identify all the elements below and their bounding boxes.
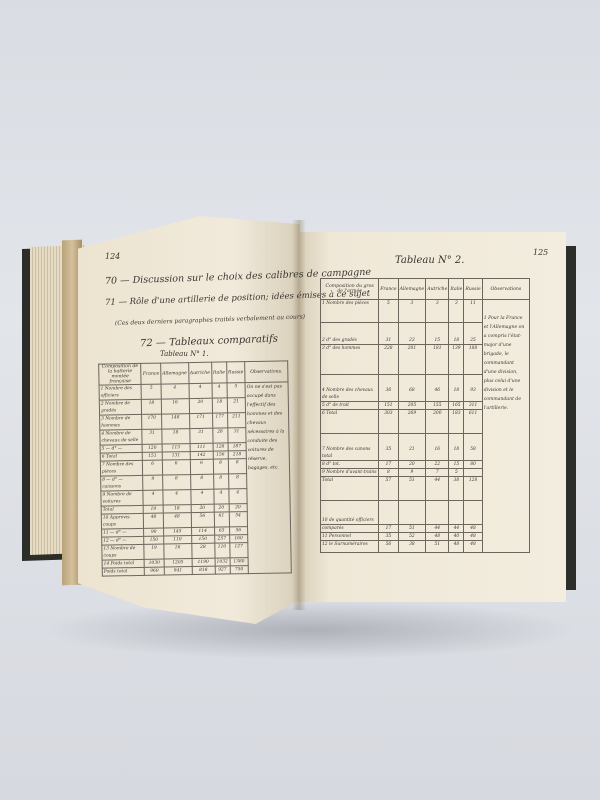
cell: 51 [398, 525, 426, 533]
cell: 80 [464, 461, 482, 469]
cell: 28 [212, 428, 227, 443]
cell: 170 [142, 414, 162, 429]
col-header: Observations. [245, 361, 288, 383]
table-2: Composition du gros de l'armée France Al… [320, 278, 530, 553]
cell: 11 [464, 300, 482, 323]
cell: 139 [449, 345, 464, 375]
cell: 48 [464, 533, 482, 541]
cell: 128 [213, 443, 228, 451]
cell: 31 [379, 323, 398, 345]
cell: 127 [229, 543, 248, 558]
cell: 31 [142, 429, 162, 444]
cell: 110 [214, 543, 229, 558]
cell: 5 [227, 383, 246, 398]
cell: 4 [212, 383, 227, 398]
col-header: Allemagne [398, 279, 426, 300]
cell: 48 [449, 541, 464, 553]
cell: 19 [144, 544, 164, 559]
cell: 57 [379, 477, 398, 501]
cell: 46 [426, 375, 449, 402]
cell: 6 [162, 460, 190, 475]
cell: 183 [449, 410, 464, 434]
cell: 93 [464, 375, 482, 402]
cell: 941 [164, 567, 192, 575]
row-label: 9 Nombre d'avant-trains [321, 469, 379, 477]
left-page-number: 124 [105, 252, 120, 261]
cell: 611 [464, 410, 482, 434]
cell: 61 [214, 512, 229, 527]
cell: 18 [162, 429, 190, 444]
cell: 51 [398, 477, 426, 501]
cell: 48 [464, 525, 482, 533]
cell: 8 [190, 474, 213, 489]
cell: 18 [449, 323, 464, 345]
cell: 8 [228, 474, 247, 489]
cell: 8 [162, 475, 190, 490]
cell: 40 [449, 533, 464, 541]
cell [379, 501, 398, 525]
cell: 818 [192, 566, 215, 574]
row-label: 12 le Surnuméraires [321, 541, 379, 553]
table-1-subtitle: Tableau N° 1. [160, 350, 209, 358]
cell: 16 [426, 434, 449, 461]
col-header: France [379, 279, 398, 300]
cell: 20 [189, 398, 212, 413]
cell: 303 [379, 410, 398, 434]
cell: 31 [227, 428, 246, 443]
row-label: 2 d° des gradés [321, 323, 379, 345]
cell: 28 [191, 543, 214, 558]
cell: 4 [143, 490, 163, 505]
cell: 156 [213, 451, 228, 459]
cell: 9 [143, 475, 163, 490]
cell: 3 [398, 300, 426, 323]
row-label: 1 Nombre des pièces [321, 300, 379, 323]
cell: 15 [426, 323, 449, 345]
cell: 6 [190, 459, 213, 474]
row-label: 8 — d° — caissons [101, 475, 144, 491]
row-label: Total [321, 477, 379, 501]
cell: 36 [379, 375, 398, 402]
cell: 18 [212, 398, 227, 413]
col-header: Autriche [426, 279, 449, 300]
col-header: Observations [482, 279, 529, 300]
row-label: 4 Nombre de chevaux de selle [100, 429, 143, 445]
cell: 65 [214, 527, 229, 535]
cell [398, 501, 426, 525]
observations: On ne s'est pas occupé dans l'effectif d… [245, 382, 291, 574]
row-label: comparés [321, 525, 379, 533]
cell: 16 [161, 399, 189, 414]
cell: 8 [228, 459, 247, 474]
cell: 44 [426, 525, 449, 533]
cell: 35 [379, 434, 398, 461]
row-label: 6 Total [321, 410, 379, 434]
cell: 18 [449, 434, 464, 461]
cell: 25 [464, 323, 482, 345]
cell: 48 [464, 541, 482, 553]
cell: 54 [229, 512, 248, 527]
cell: 4 [161, 384, 189, 399]
cell: 201 [398, 345, 426, 375]
cell: 16 [164, 544, 192, 559]
cell: 23 [398, 323, 426, 345]
cell: 17 [379, 525, 398, 533]
row-label: 2 Nombre de gradés [99, 399, 142, 415]
row-label: 3 Nombre de hommes [100, 414, 143, 430]
cell: 48 [163, 513, 191, 528]
cell: 48 [144, 513, 164, 528]
row-label: 8 d° tot. [321, 461, 379, 469]
col-header: Italie [211, 362, 226, 383]
row-label: 9 Nombre de voitures [101, 490, 144, 506]
cell: 15 [449, 461, 464, 469]
cell: 8 [379, 469, 398, 477]
cell: 269 [398, 410, 426, 434]
cell: 31 [189, 428, 212, 443]
col-header: France [141, 363, 161, 384]
cell: 960 [145, 567, 165, 575]
cell: 1032 [215, 558, 230, 566]
row-label: 5 d° de trait [321, 402, 379, 410]
col-header: Italie [449, 279, 464, 300]
cell: 21 [227, 398, 246, 413]
cell: 18 [449, 375, 464, 402]
cell: 17 [379, 461, 398, 469]
cell: 44 [426, 477, 449, 501]
cell: 52 [398, 533, 426, 541]
row-label: 7 Nombre des pièces [100, 460, 143, 476]
cell: 151 [379, 402, 398, 410]
cell: 4 [190, 489, 213, 504]
col-header: Russie [464, 279, 482, 300]
row-label: 7 Nombre des canons total [321, 434, 379, 461]
cell: 56 [379, 541, 398, 553]
cell: 3 [449, 300, 464, 323]
cell: 927 [215, 566, 230, 574]
table-row: 1 Nombre des officiers 5 4 4 4 5 On ne s… [99, 382, 288, 400]
cell: 228 [379, 345, 398, 375]
cell: 211 [227, 413, 246, 428]
cell: 56 [191, 512, 214, 527]
book-shadow [40, 600, 580, 660]
cell [426, 501, 449, 525]
cell: 21 [398, 434, 426, 461]
cell: 4 [163, 490, 191, 505]
cell: 9 [398, 469, 426, 477]
row-label: Poids total [102, 567, 145, 576]
row-label: 10 de quantité officiers [321, 501, 379, 525]
cell: 171 [189, 413, 212, 428]
col-header: Autriche [188, 362, 211, 383]
cell: 5 [449, 469, 464, 477]
cell: 165 [449, 402, 464, 410]
table-header-row: Composition du gros de l'armée France Al… [321, 279, 530, 300]
row-label: 4 Nombre des chevaux de selle [321, 375, 379, 402]
cell: 4 [229, 489, 248, 504]
row-label: 10 Approvis. coups [101, 513, 144, 529]
col-header: Allemagne [161, 363, 189, 384]
cell: 4 [213, 489, 228, 504]
row-label: 11 Personnel [321, 533, 379, 541]
cell: 3 [426, 300, 449, 323]
cell: 177 [212, 413, 227, 428]
cell: 188 [464, 345, 482, 375]
cell: 5 [142, 384, 162, 399]
cell: 58 [464, 434, 482, 461]
cell: 148 [161, 414, 189, 429]
row-label: 13 Nombre de coups [102, 544, 145, 560]
col-header: Russie [226, 362, 245, 383]
cell: 4 [189, 383, 212, 398]
cell: 155 [426, 402, 449, 410]
cell: 20 [398, 461, 426, 469]
cell [464, 469, 482, 477]
cell: 22 [426, 461, 449, 469]
table-1: Composition de la batterie montée frança… [98, 360, 292, 576]
col-header: Composition du gros de l'armée [321, 279, 379, 300]
table-row: 1 Nombre des pièces 5 3 3 3 11 1 Pour la… [321, 300, 530, 323]
cell: 68 [398, 375, 426, 402]
cell: 7 [426, 469, 449, 477]
cell: 38 [449, 477, 464, 501]
row-label: 3 d° des hommes [321, 345, 379, 375]
cell: 205 [398, 402, 426, 410]
cell: 128 [464, 477, 482, 501]
cell: 38 [398, 541, 426, 553]
cell: 8 [213, 474, 228, 489]
cell [464, 501, 482, 525]
cell: 51 [426, 541, 449, 553]
cell [449, 501, 464, 525]
cell: 311 [464, 402, 482, 410]
cell: 257 [214, 535, 229, 543]
table-2-title: Tableau N° 2. [395, 255, 464, 266]
col-header: Composition de la batterie montée frança… [99, 363, 142, 385]
cell: 8 [213, 459, 228, 474]
cell: 181 [426, 345, 449, 375]
cell: 750 [230, 566, 248, 574]
cell: 18 [142, 399, 162, 414]
cell: 48 [426, 533, 449, 541]
row-label: 1 Nombre des officiers [99, 384, 142, 400]
cell: 44 [449, 525, 464, 533]
cell: 5 [379, 300, 398, 323]
cell: 200 [426, 410, 449, 434]
cell: 6 [143, 460, 163, 475]
cell: 35 [379, 533, 398, 541]
right-page-number: 125 [533, 248, 548, 257]
observations: 1 Pour la France et l'Allemagne on a com… [482, 300, 529, 553]
